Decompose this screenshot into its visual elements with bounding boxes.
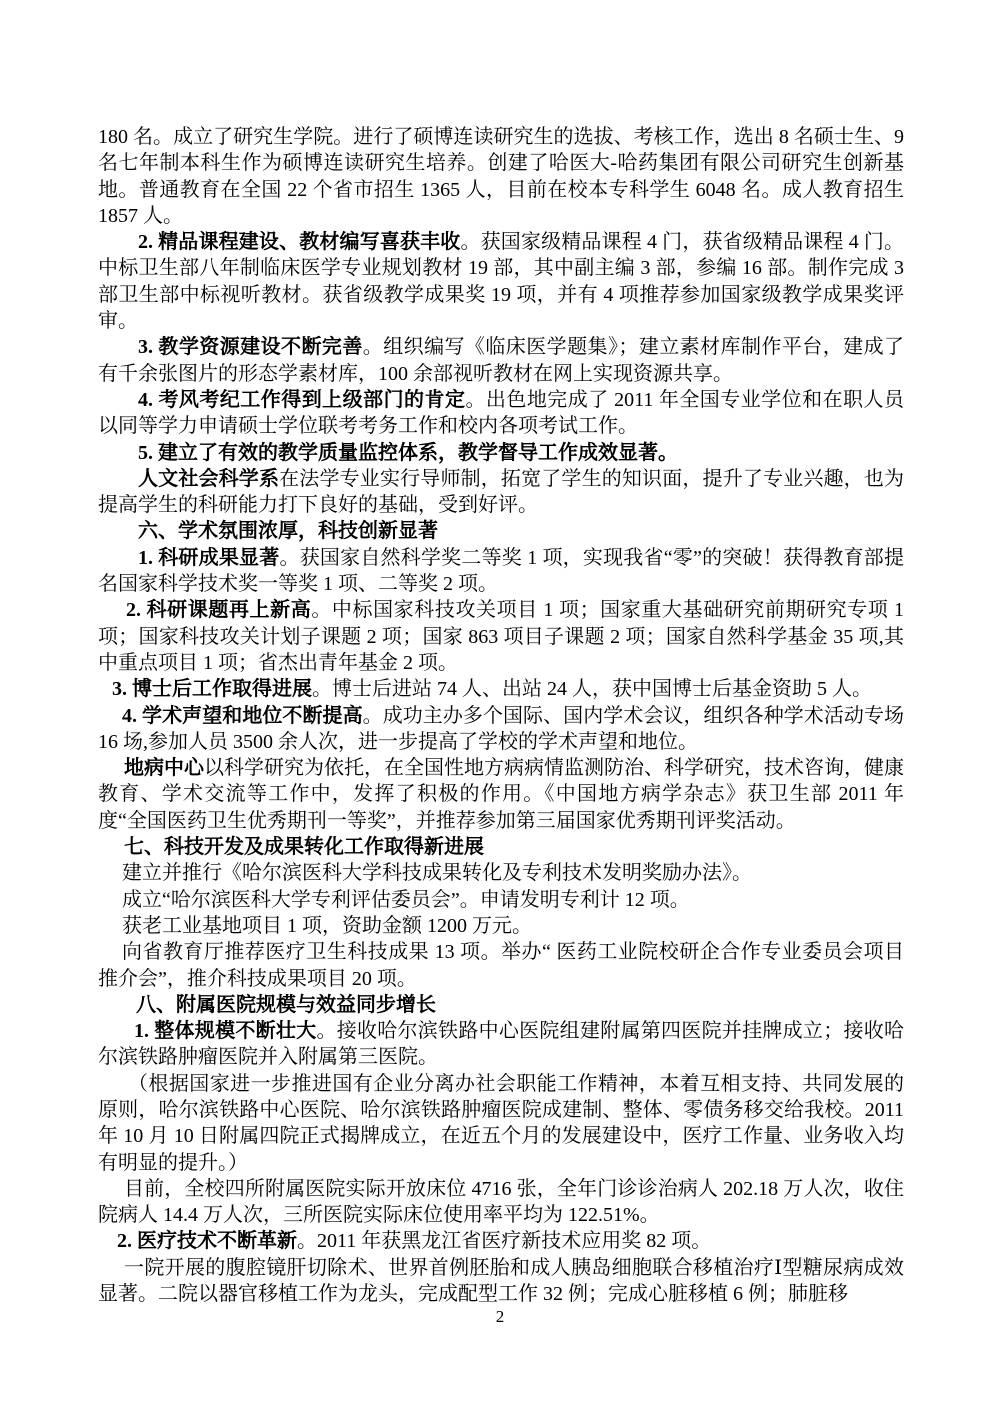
paragraph-lead-bold: 1. 科研成果显著 xyxy=(138,547,279,569)
paragraph-text: 以科学研究为依托，在全国性地方病病情监测防治、科学研究，技术咨询，健康教育、学术… xyxy=(98,757,904,832)
paragraph-item-research-achievements: 1. 科研成果显著。获国家自然科学奖二等奖 1 项，实现我省“零”的突破！获得教… xyxy=(98,545,904,598)
paragraph-bold-text: 5. 建立了有效的教学质量监控体系，教学督导工作成效显著。 xyxy=(138,442,678,464)
paragraph-lead-bold: 3. 教学资源建设不断完善 xyxy=(138,336,363,358)
paragraph-item-hospital-scale: 1. 整体规模不断壮大。接收哈尔滨铁路中心医院组建附属第四医院并挂牌成立；接收哈… xyxy=(98,1018,904,1071)
paragraph-text: （根据国家进一步推进国有企业分离办社会职能工作精神，本着互相支持、共同发展的原则… xyxy=(98,1073,904,1174)
paragraph-text: 。博士后进站 74 人、出站 24 人，获中国博士后基金资助 5 人。 xyxy=(312,678,872,700)
paragraph-item-quality-monitoring: 5. 建立了有效的教学质量监控体系，教学督导工作成效显著。 xyxy=(98,440,904,466)
document-body: 180 名。成立了研究生学院。进行了硕博连读研究生的选拔、考核工作，选出 8 名… xyxy=(98,124,904,1307)
paragraph-lead-bold: 4. 学术声望和地位不断提高 xyxy=(122,705,363,727)
paragraph-text: 向省教育厅推荐医疗卫生科技成果 13 项。举办“ 医药工业院校研企合作专业委员会… xyxy=(98,941,904,989)
section-heading-text: 七、科技开发及成果转化工作取得新进展 xyxy=(124,836,484,858)
paragraph-humanities-dept: 人文社会科学系在法学专业实行导师制，拓宽了学生的知识面，提升了专业兴趣，也为提高… xyxy=(98,466,904,519)
section-heading-six: 六、学术氛围浓厚，科技创新显著 xyxy=(98,518,904,544)
page-number: 2 xyxy=(0,1306,1000,1328)
paragraph-lead-bold: 1. 整体规模不断壮大 xyxy=(134,1020,316,1042)
paragraph-lead-bold: 2. 精品课程建设、教材编写喜获丰收 xyxy=(138,231,460,253)
paragraph-lead-bold: 2. 科研课题再上新高 xyxy=(126,599,311,621)
paragraph-enrollment-continued: 180 名。成立了研究生学院。进行了硕博连读研究生的选拔、考核工作，选出 8 名… xyxy=(98,124,904,229)
section-heading-text: 六、学术氛围浓厚，科技创新显著 xyxy=(138,520,438,542)
paragraph-text: 180 名。成立了研究生学院。进行了硕博连读研究生的选拔、考核工作，选出 8 名… xyxy=(98,126,904,227)
paragraph-achievement-promotion: 向省教育厅推荐医疗卫生科技成果 13 项。举办“ 医药工业院校研企合作专业委员会… xyxy=(98,939,904,992)
paragraph-lead-bold: 4. 考风考纪工作得到上级部门的肯定 xyxy=(138,389,465,411)
paragraph-hospital-achievements: 一院开展的腹腔镜肝切除术、世界首例胚胎和成人胰岛细胞联合移植治疗Ⅰ型糖尿病成效显… xyxy=(98,1255,904,1308)
document-page: 180 名。成立了研究生学院。进行了硕博连读研究生的选拔、考核工作，选出 8 名… xyxy=(0,0,1000,1415)
paragraph-text: 一院开展的腹腔镜肝切除术、世界首例胚胎和成人胰岛细胞联合移植治疗Ⅰ型糖尿病成效显… xyxy=(98,1257,904,1305)
paragraph-text: 成立“哈尔滨医科大学专利评估委员会”。申请发明专利计 12 项。 xyxy=(122,889,690,911)
paragraph-text: 建立并推行《哈尔滨医科大学科技成果转化及专利技术发明奖励办法》。 xyxy=(122,862,752,884)
paragraph-text: 获老工业基地项目 1 项，资助金额 1200 万元。 xyxy=(122,915,532,937)
paragraph-item-teaching-resources: 3. 教学资源建设不断完善。组织编写《临床医学题集》；建立素材库制作平台，建成了… xyxy=(98,334,904,387)
paragraph-lead-bold: 3. 博士后工作取得进展 xyxy=(112,678,312,700)
paragraph-hospital-statistics: 目前，全校四所附属医院实际开放床位 4716 张，全年门诊诊治病人 202.18… xyxy=(98,1176,904,1229)
paragraph-item-academic-reputation: 4. 学术声望和地位不断提高。成功主办多个国际、国内学术会议，组织各种学术活动专… xyxy=(98,703,904,756)
paragraph-tech-transfer-measures: 建立并推行《哈尔滨医科大学科技成果转化及专利技术发明奖励办法》。 xyxy=(98,860,904,886)
paragraph-text: 目前，全校四所附属医院实际开放床位 4716 张，全年门诊诊治病人 202.18… xyxy=(98,1178,904,1226)
paragraph-item-postdoc: 3. 博士后工作取得进展。博士后进站 74 人、出站 24 人，获中国博士后基金… xyxy=(98,676,904,702)
paragraph-patent-committee: 成立“哈尔滨医科大学专利评估委员会”。申请发明专利计 12 项。 xyxy=(98,887,904,913)
section-heading-eight: 八、附属医院规模与效益同步增长 xyxy=(98,992,904,1018)
paragraph-lead-bold: 2. 医疗技术不断革新 xyxy=(117,1230,297,1252)
paragraph-text: 。2011 年获黑龙江省医疗新技术应用奖 82 项。 xyxy=(297,1230,711,1252)
paragraph-item-research-projects: 2. 科研课题再上新高。中标国家科技攻关项目 1 项；国家重大基础研究前期研究专… xyxy=(98,597,904,676)
paragraph-lead-bold: 人文社会科学系 xyxy=(138,468,279,490)
paragraph-item-courses: 2. 精品课程建设、教材编写喜获丰收。获国家级精品课程 4 门，获省级精品课程 … xyxy=(98,229,904,334)
paragraph-endemic-disease-center: 地病中心以科学研究为依托，在全国性地方病病情监测防治、科学研究，技术咨询，健康教… xyxy=(98,755,904,834)
paragraph-lead-bold: 地病中心 xyxy=(124,757,204,779)
paragraph-item-exam-discipline: 4. 考风考纪工作得到上级部门的肯定。出色地完成了 2011 年全国专业学位和在… xyxy=(98,387,904,440)
section-heading-text: 八、附属医院规模与效益同步增长 xyxy=(136,994,436,1016)
paragraph-railway-hospital-note: （根据国家进一步推进国有企业分离办社会职能工作精神，本着互相支持、共同发展的原则… xyxy=(98,1071,904,1176)
section-heading-seven: 七、科技开发及成果转化工作取得新进展 xyxy=(98,834,904,860)
paragraph-industry-base-project: 获老工业基地项目 1 项，资助金额 1200 万元。 xyxy=(98,913,904,939)
paragraph-item-medical-technology: 2. 医疗技术不断革新。2011 年获黑龙江省医疗新技术应用奖 82 项。 xyxy=(98,1228,904,1254)
